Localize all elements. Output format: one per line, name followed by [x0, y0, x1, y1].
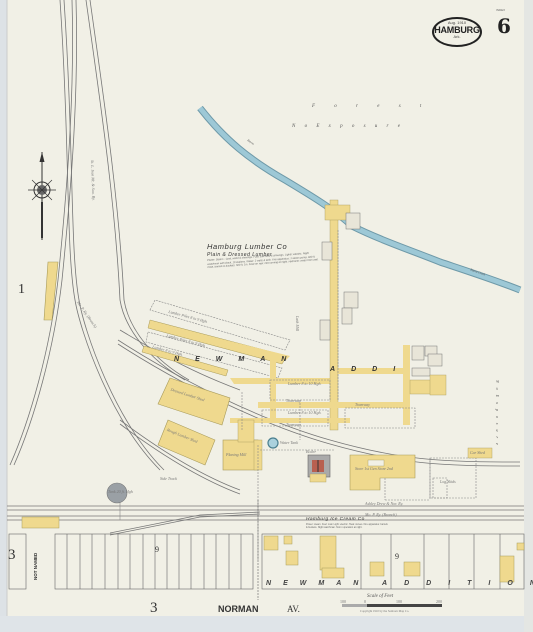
letter: N	[174, 356, 195, 363]
letter: E	[283, 580, 300, 587]
letter: A	[336, 580, 353, 587]
lath-mill-label: Lath Mill	[295, 316, 300, 331]
street-not-named: NOT NAMED	[33, 553, 38, 580]
letter: W	[300, 580, 319, 587]
block-9-left: 9	[155, 545, 159, 554]
letter: N	[266, 580, 283, 587]
tramway-label-1: Tramway	[286, 398, 301, 403]
town-title-cartouche: Aug. 1910 HAMBURG Ark.	[432, 17, 482, 47]
letter: D	[404, 580, 426, 587]
letter: I	[393, 366, 411, 373]
letter: A	[260, 356, 281, 363]
block-3-left: 3	[8, 547, 16, 564]
scale-label: Scale of Feet	[367, 594, 393, 599]
letter: D	[426, 580, 448, 587]
block-1: 1	[18, 282, 25, 298]
right-no-exposure-label: N o E x p o s u r e	[495, 380, 500, 447]
scale-tick-3: 200	[436, 599, 442, 604]
water-tank-label: Water Tank	[280, 440, 298, 445]
no-exposure-label: N o E x p o s u r e	[292, 124, 404, 129]
scale-tick-0: 100	[340, 599, 346, 604]
scale-bar	[342, 604, 442, 607]
bottom-scan-edge	[0, 616, 533, 632]
railroad-label-4: Mo. P. Ry. (Branch)	[365, 512, 397, 517]
letter: I	[448, 580, 467, 587]
letter: N	[281, 356, 302, 363]
tramway-label-3: Tramway	[355, 402, 370, 407]
addition-label-upper: ADDI	[330, 366, 411, 373]
newman-addition-label-lower: NEWMAN	[266, 580, 370, 587]
copyright: Copyright 1910 by the Sanborn Map Co.	[360, 609, 409, 613]
store-label: Store 1st Gen Store 2nd	[355, 466, 393, 471]
railroad-label-3: Ashley Drew & Nor. Ry.	[365, 501, 403, 506]
letter: D	[372, 366, 393, 373]
building-left-yellow	[22, 517, 59, 528]
lumber-co-title: Hamburg Lumber Co	[207, 242, 287, 251]
sheet-number: 6	[497, 14, 511, 38]
letter: A	[382, 580, 404, 587]
state-name: Ark.	[434, 35, 480, 39]
street-norman: NORMAN	[218, 604, 259, 614]
lumber-piles-label-4: Lumber 8 to 10 Hgh.	[288, 381, 321, 386]
addition-label-lower: ADDITION	[382, 580, 533, 587]
newman-label-upper: NEWMAN	[174, 356, 302, 363]
letter: E	[195, 356, 216, 363]
letter: A	[330, 366, 351, 373]
block-9-right: 9	[395, 552, 399, 561]
letter: W	[216, 356, 239, 363]
lumber-piles-label-5: Lumber 8 to 10 Hgh.	[288, 410, 321, 415]
letter: M	[238, 356, 260, 363]
boiler-label: Boiler	[306, 449, 316, 454]
ice-cream-co-notes: Power: steam. Fuel: coal. Light: electri…	[306, 523, 388, 529]
sanborn-map-sheet: Aug. 1910 HAMBURG Ark. INDEX 6 F o r e s…	[0, 0, 533, 632]
side-track-label: Side Track	[160, 476, 177, 481]
log-skids-label: Log Skids	[440, 479, 456, 484]
scale-tick-1: 0	[364, 599, 366, 604]
street-norman-av: AV.	[287, 604, 300, 614]
letter: O	[507, 580, 529, 587]
tramway-label-2: Tramway	[286, 422, 301, 427]
letter: D	[351, 366, 372, 373]
forest-label: F o r e s t	[312, 104, 430, 109]
tank-label: Tank 20 ft. Hgh	[108, 489, 133, 494]
block-3-bottom: 3	[150, 600, 158, 617]
planing-mill-label: Planing Mill	[226, 452, 246, 457]
ice-cream-co-title: Hamburg Ice Cream Co	[306, 517, 365, 522]
letter: I	[488, 580, 507, 587]
map-graphics	[0, 0, 533, 632]
letter: N	[353, 580, 370, 587]
letter: T	[467, 580, 488, 587]
scale-tick-2: 100	[396, 599, 402, 604]
car-shed-label: Car Shed	[470, 450, 485, 455]
letter: M	[318, 580, 336, 587]
left-scan-edge	[0, 0, 7, 632]
sheet-tag: INDEX	[496, 8, 505, 12]
